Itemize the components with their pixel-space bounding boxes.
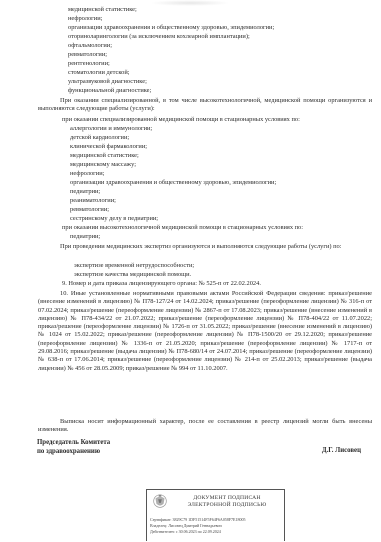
list-item: экспертизе качества медицинской помощи. (74, 271, 191, 279)
list-item: рентгенологии; (68, 60, 110, 68)
position-line-1: Председатель Комитета (37, 438, 110, 447)
esignature-title-line-1: ДОКУМЕНТ ПОДПИСАН (173, 495, 281, 502)
esignature-title-line-2: ЭЛЕКТРОННОЙ ПОДПИСЬЮ (173, 502, 281, 509)
item-10-other-info: 10. Иные установленные нормативными прав… (38, 290, 372, 373)
list-item: педиатрии; (70, 233, 100, 241)
stamp-fragment (150, 0, 230, 6)
informational-note: Выписка носит информационный характер, п… (38, 418, 372, 435)
signatory-name: Д.Г. Лисовец (322, 447, 361, 455)
list-item: педиатрии; (70, 188, 100, 196)
list-item: сестринскому делу в педиатрии; (70, 215, 158, 223)
item-9-order-number: 9. Номер и дата приказа лицензирующего о… (62, 280, 261, 288)
list-item: ревматологии; (68, 51, 107, 59)
list-item: оториноларингологии (за исключением кохл… (68, 33, 250, 41)
position-line-2: по здравоохранению (37, 447, 110, 456)
list-item: ультразвуковой диагностике; (68, 78, 147, 86)
list-item: нефрологии; (70, 170, 104, 178)
esignature-details: Сертификат: 3829C79 1DF51514F5F64F6A058F… (150, 517, 246, 535)
list-item: аллергологии и иммунологии; (70, 125, 152, 133)
paragraph-expertise: При проведении медицинских экспертиз орг… (38, 243, 372, 251)
list-item: реаниматологии; (70, 197, 116, 205)
list-item: ревматологии; (70, 206, 109, 214)
list-item: экспертизе временной нетрудоспособности; (74, 262, 194, 270)
list-item: функциональной диагностике; (68, 87, 151, 95)
list-item: детской кардиологии; (70, 134, 129, 142)
list-item: стоматологии детской; (68, 69, 130, 77)
subheading-hightech: при оказании высокотехнологичной медицин… (62, 224, 303, 232)
paragraph-specialized-care: При оказании специализированной, в том ч… (38, 97, 372, 114)
list-item: клинической фармакологии; (70, 143, 147, 151)
coat-of-arms-icon (151, 493, 169, 511)
license-extract-page: медицинской статистике; нефрологии; орга… (0, 0, 381, 542)
list-item: организации здравоохранения и общественн… (68, 24, 274, 32)
list-item: организации здравоохранения и общественн… (70, 179, 276, 187)
list-item: нефрологии; (68, 15, 102, 23)
esignature-title: ДОКУМЕНТ ПОДПИСАН ЭЛЕКТРОННОЙ ПОДПИСЬЮ (173, 495, 281, 509)
signatory-position: Председатель Комитета по здравоохранению (37, 438, 110, 456)
list-item: медицинскому массажу; (70, 161, 136, 169)
list-item: офтальмологии; (68, 42, 112, 50)
electronic-signature-stamp: ДОКУМЕНТ ПОДПИСАН ЭЛЕКТРОННОЙ ПОДПИСЬЮ С… (146, 489, 285, 541)
certificate-validity: Действителен: с 30.06.2023 по 22.09.2024 (150, 529, 246, 535)
list-item: медицинской статистике; (68, 6, 137, 14)
list-item: медицинской статистике; (70, 152, 139, 160)
subheading-inpatient: при оказании специализированной медицинс… (62, 116, 300, 124)
